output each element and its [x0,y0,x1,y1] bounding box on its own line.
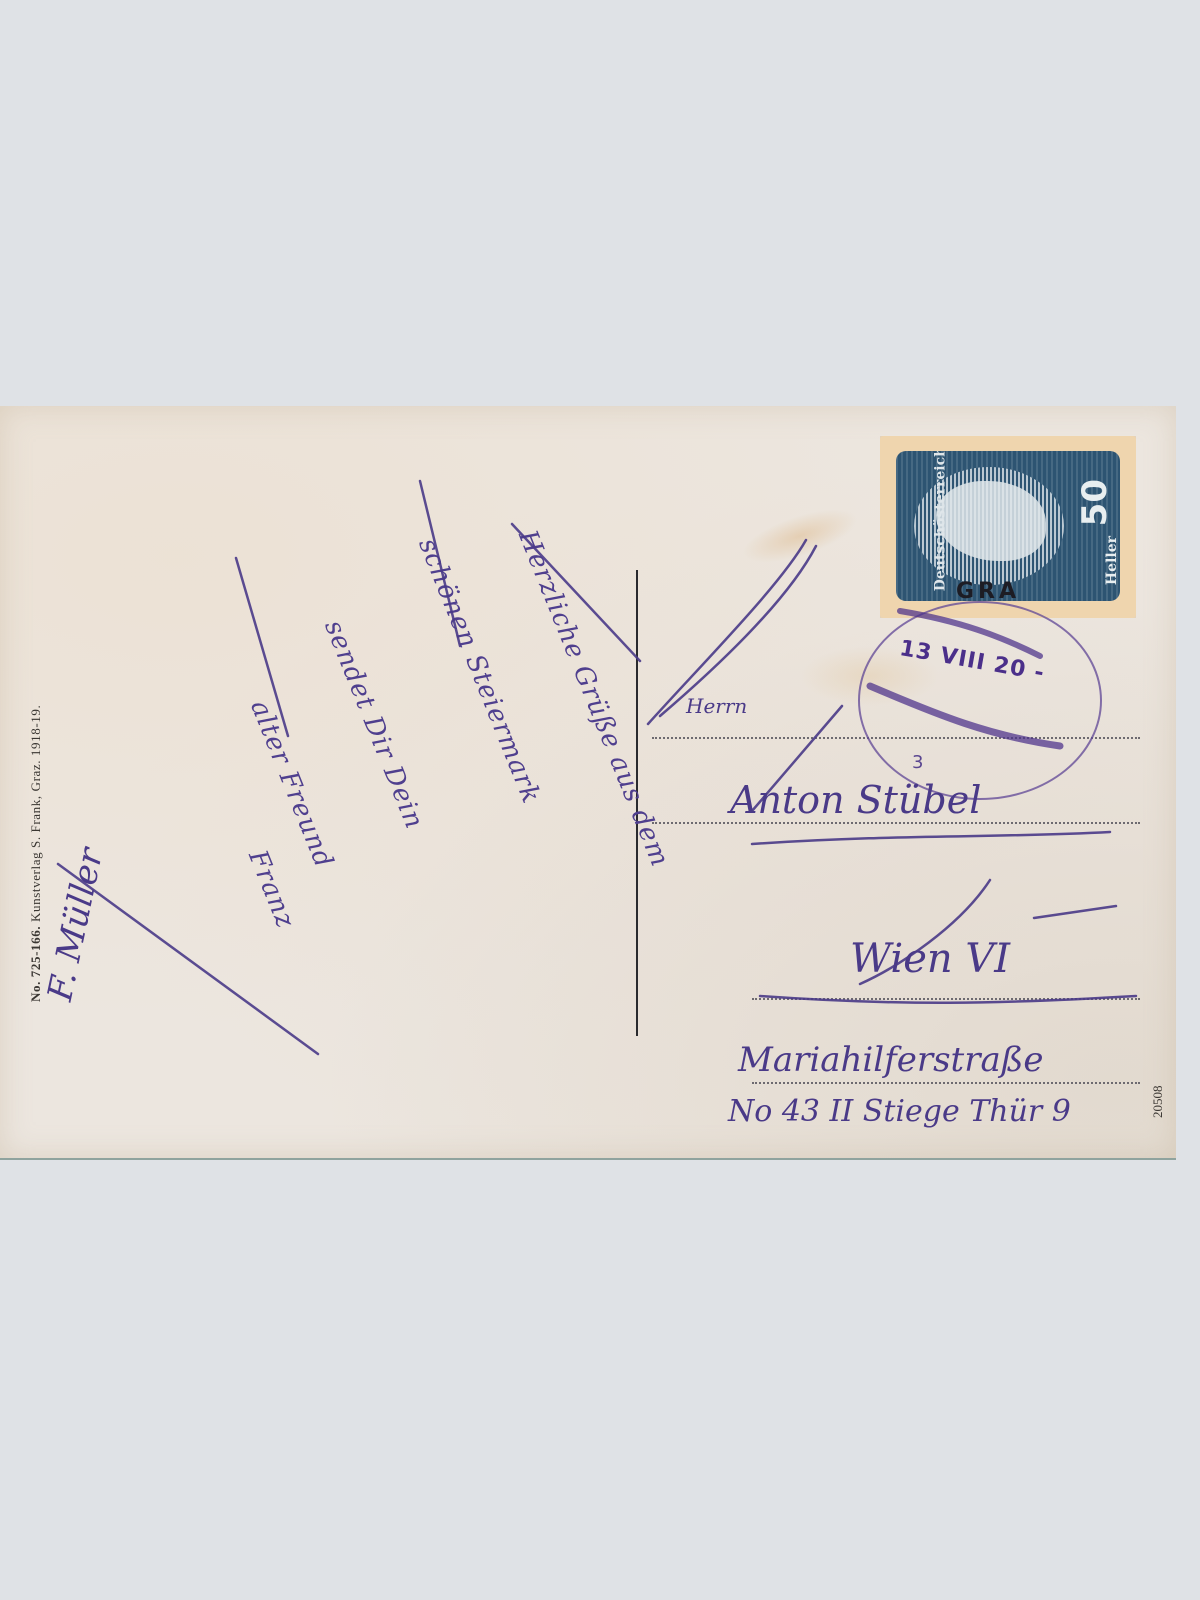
stamp-value: 50 [1078,479,1112,526]
address-house: No 43 II Stiege Thür 9 [728,1094,1071,1129]
address-city: Wien VI [850,936,1010,982]
imprint-text: Kunstverlag S. Frank, Graz. 1918-19. [28,705,43,922]
message-line-5: Franz [242,846,300,933]
address-line-2 [652,822,1140,824]
serial-number: 20508 [1150,1086,1166,1119]
stamp-design: Deutschösterreich 50 Heller GRA [896,451,1120,601]
publisher-imprint: No. 725-166. Kunstverlag S. Frank, Graz.… [28,705,44,1002]
postmark-circle [858,601,1102,800]
message-line-4: alter Freund [244,696,339,873]
message-line-1: Herzliche Grüße aus dem [512,526,675,871]
message-line-3: sendet Dir Dein [318,616,429,833]
address-street: Mariahilferstraße [738,1040,1044,1080]
stamp-country: Deutschösterreich [932,451,948,591]
address-line-4 [752,1082,1140,1084]
postmark-code: 3 [912,752,923,773]
stamp-overprint: GRA [956,579,1020,601]
postcard-back: No. 725-166. Kunstverlag S. Frank, Graz.… [0,406,1176,1160]
paper-stain [737,498,863,573]
address-line-3 [752,998,1140,1000]
message-signature: F. Müller [40,845,111,1005]
address-salutation: Herrn [686,694,747,718]
message-line-2: schönen Steiermark [412,534,546,808]
stamp-currency: Heller [1104,536,1120,585]
address-recipient: Anton Stübel [730,778,981,822]
